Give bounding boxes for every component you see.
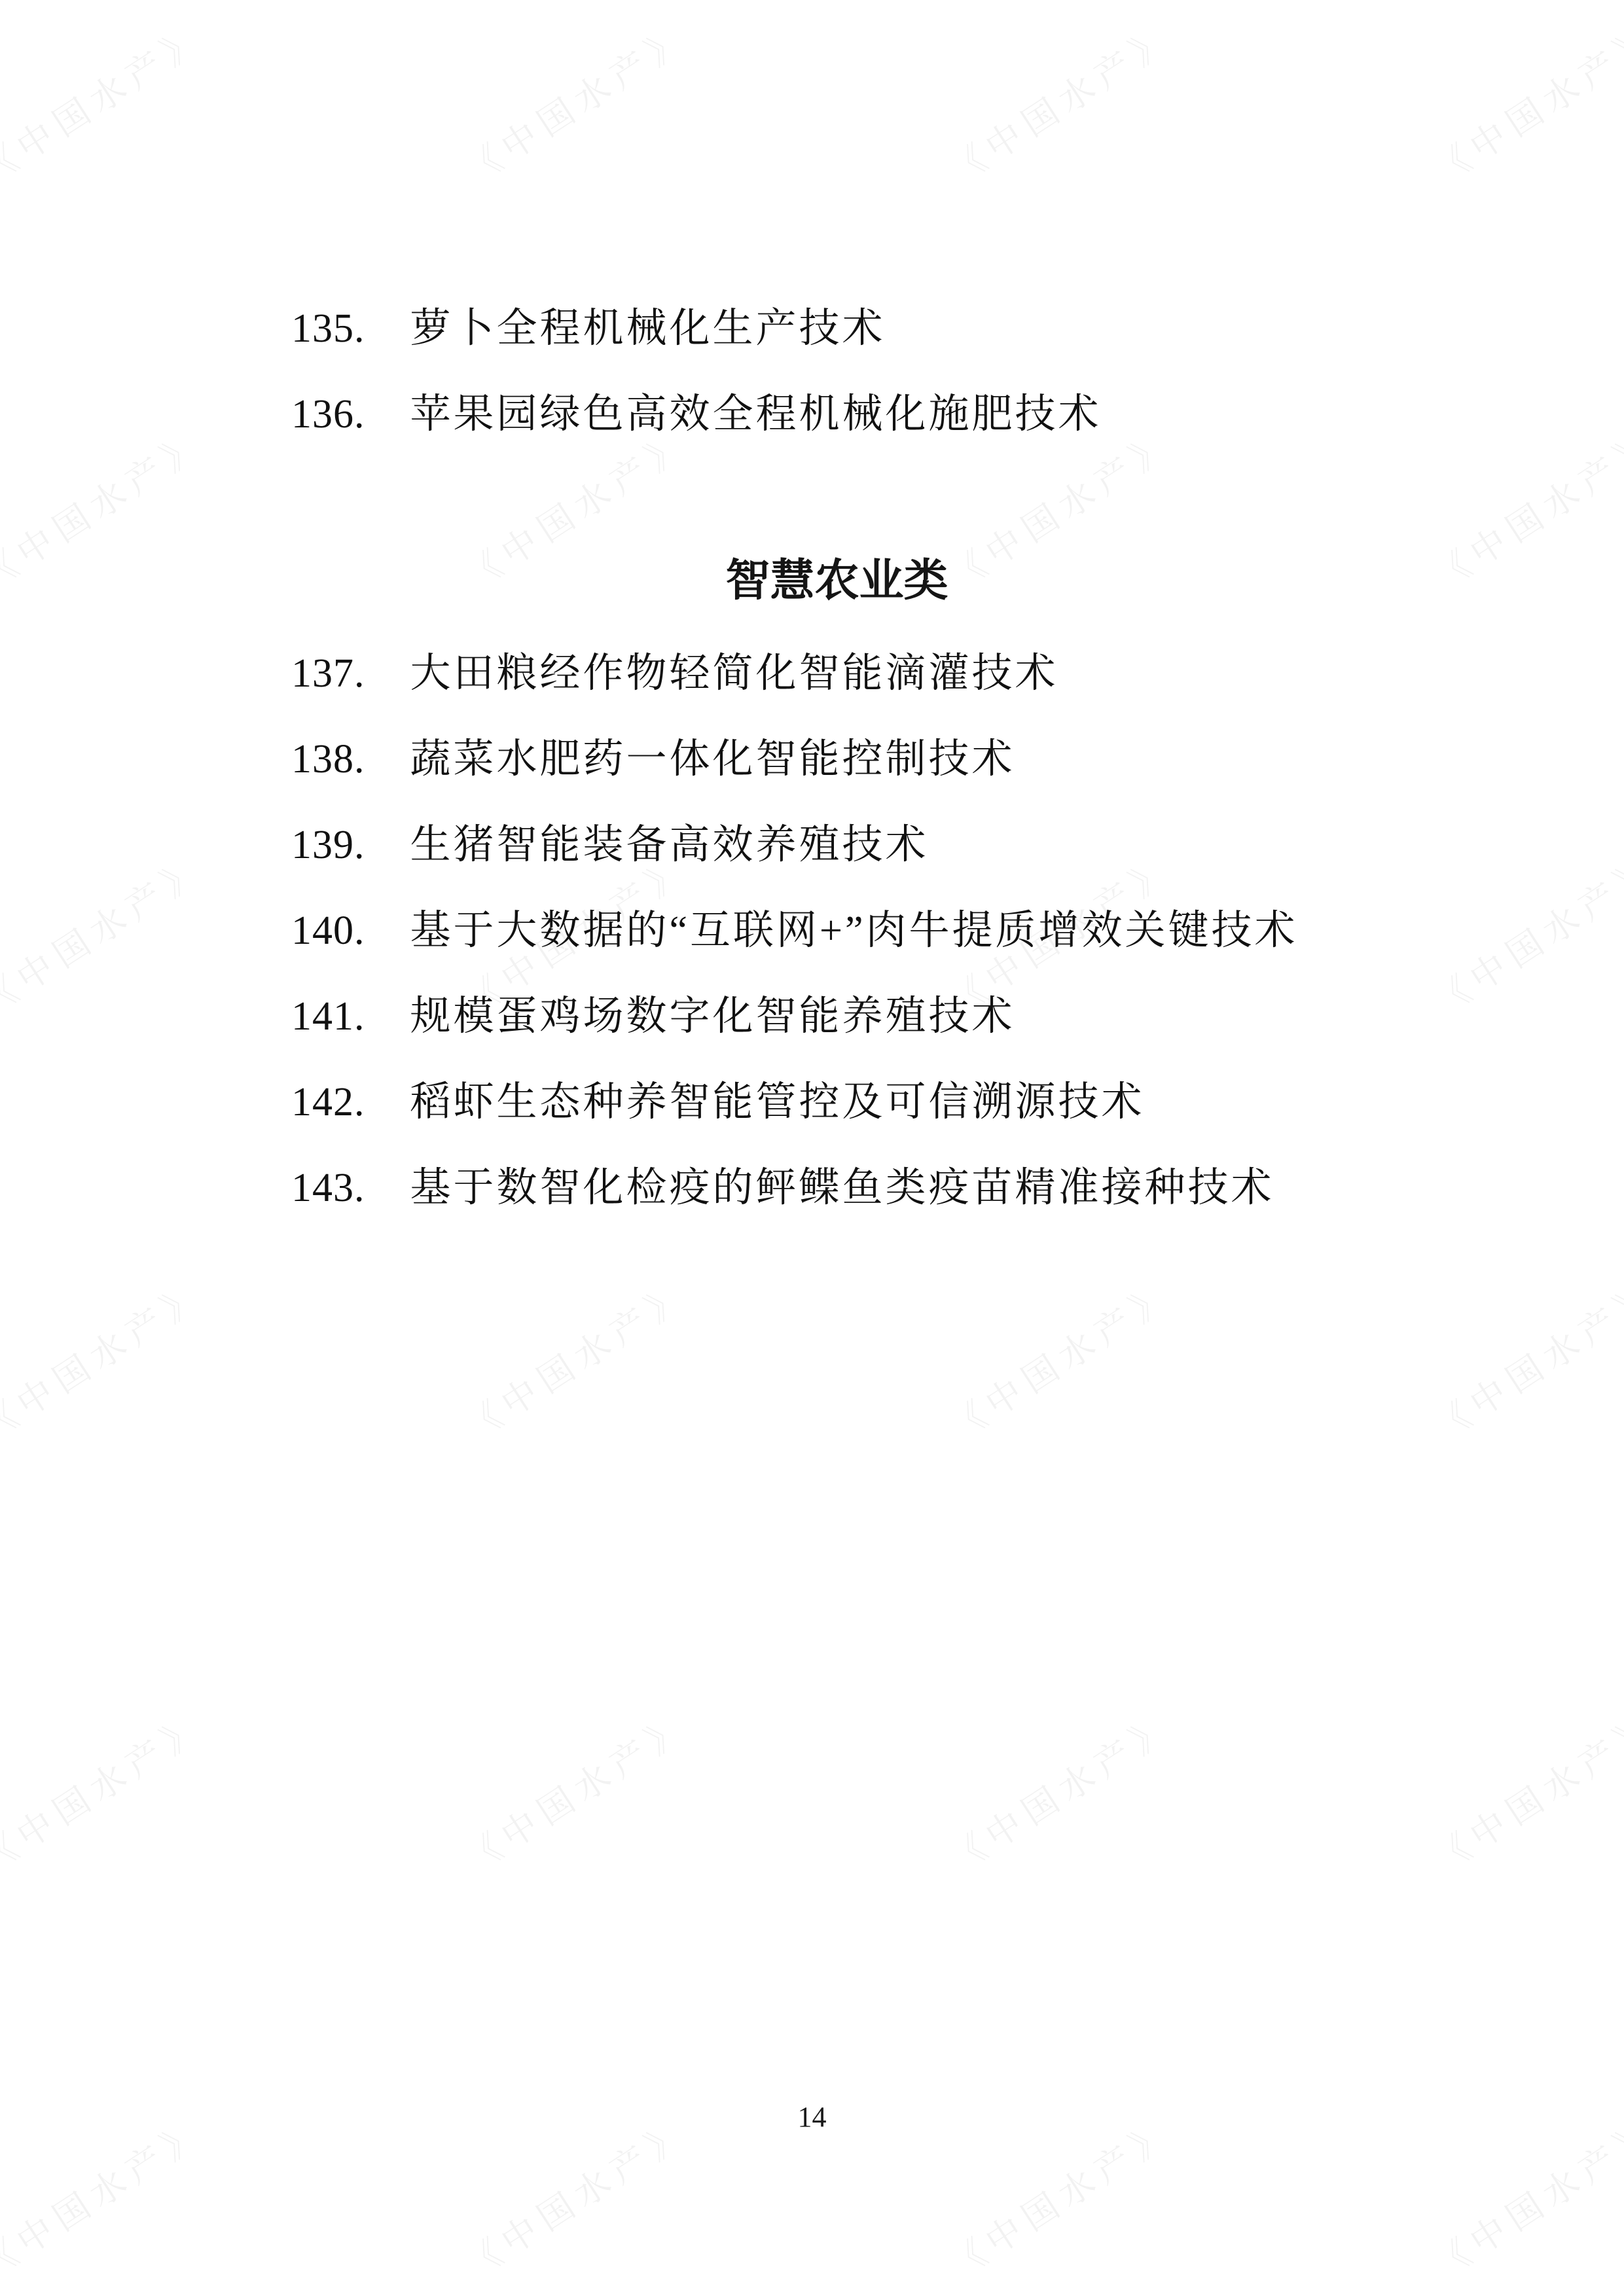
watermark-text: 《中国水产》 [0, 1698, 214, 1882]
watermark-text: 《中国水产》 [938, 10, 1183, 193]
list-item: 141. 规模蛋鸡场数字化智能养殖技术 [291, 974, 1624, 1060]
list-item: 139. 生猪智能装备高效养殖技术 [291, 802, 1624, 888]
list-item-text: 苹果园绿色高效全程机械化施肥技术 [410, 392, 1102, 437]
list-item: 143. 基于数智化检疫的鲆鲽鱼类疫苗精准接种技术 [291, 1145, 1624, 1231]
watermark-text: 《中国水产》 [0, 841, 214, 1024]
watermark-text: 《中国水产》 [454, 1266, 698, 1450]
list-item-number: 135. [291, 286, 400, 372]
list-machinery-items: 135. 萝卜全程机械化生产技术 136. 苹果园绿色高效全程机械化施肥技术 [291, 286, 1624, 457]
watermark-text: 《中国水产》 [1422, 10, 1624, 193]
list-item-number: 142. [291, 1060, 400, 1145]
list-item-text: 大田粮经作物轻简化智能滴灌技术 [410, 651, 1058, 696]
list-item: 135. 萝卜全程机械化生产技术 [291, 286, 1624, 372]
list-item-number: 140. [291, 888, 400, 974]
watermark-text: 《中国水产》 [938, 1698, 1183, 1882]
section-heading: 智慧农业类 [0, 548, 1624, 613]
list-smart-agriculture-items: 137. 大田粮经作物轻简化智能滴灌技术 138. 蔬菜水肥药一体化智能控制技术… [291, 631, 1624, 1231]
list-item-text: 规模蛋鸡场数字化智能养殖技术 [410, 994, 1015, 1039]
watermark-text: 《中国水产》 [0, 1266, 214, 1450]
list-item-number: 136. [291, 372, 400, 457]
list-item-number: 137. [291, 631, 400, 717]
watermark-text: 《中国水产》 [1422, 1266, 1624, 1450]
watermark-text: 《中国水产》 [938, 1266, 1183, 1450]
list-item-text: 基于大数据的“互联网+”肉牛提质增效关键技术 [410, 908, 1298, 953]
list-item-number: 143. [291, 1145, 400, 1231]
list-item-text: 稻虾生态种养智能管控及可信溯源技术 [410, 1080, 1145, 1124]
list-item-text: 蔬菜水肥药一体化智能控制技术 [410, 737, 1015, 781]
list-item-text: 萝卜全程机械化生产技术 [410, 306, 886, 351]
list-item-number: 139. [291, 802, 400, 888]
watermark-text: 《中国水产》 [454, 1698, 698, 1882]
list-item: 137. 大田粮经作物轻简化智能滴灌技术 [291, 631, 1624, 717]
watermark-text: 《中国水产》 [1422, 1698, 1624, 1882]
list-item-number: 141. [291, 974, 400, 1060]
list-item: 136. 苹果园绿色高效全程机械化施肥技术 [291, 372, 1624, 457]
watermark-text: 《中国水产》 [0, 10, 214, 193]
list-item-text: 基于数智化检疫的鲆鲽鱼类疫苗精准接种技术 [410, 1166, 1274, 1210]
list-item: 138. 蔬菜水肥药一体化智能控制技术 [291, 717, 1624, 802]
list-item-text: 生猪智能装备高效养殖技术 [410, 823, 929, 867]
document-page: 《中国水产》《中国水产》《中国水产》《中国水产》《中国水产》《中国水产》《中国水… [0, 0, 1624, 2296]
watermark-text: 《中国水产》 [454, 10, 698, 193]
page-number: 14 [0, 2098, 1624, 2137]
list-item: 142. 稻虾生态种养智能管控及可信溯源技术 [291, 1060, 1624, 1145]
list-item-number: 138. [291, 717, 400, 802]
list-item: 140. 基于大数据的“互联网+”肉牛提质增效关键技术 [291, 888, 1624, 974]
